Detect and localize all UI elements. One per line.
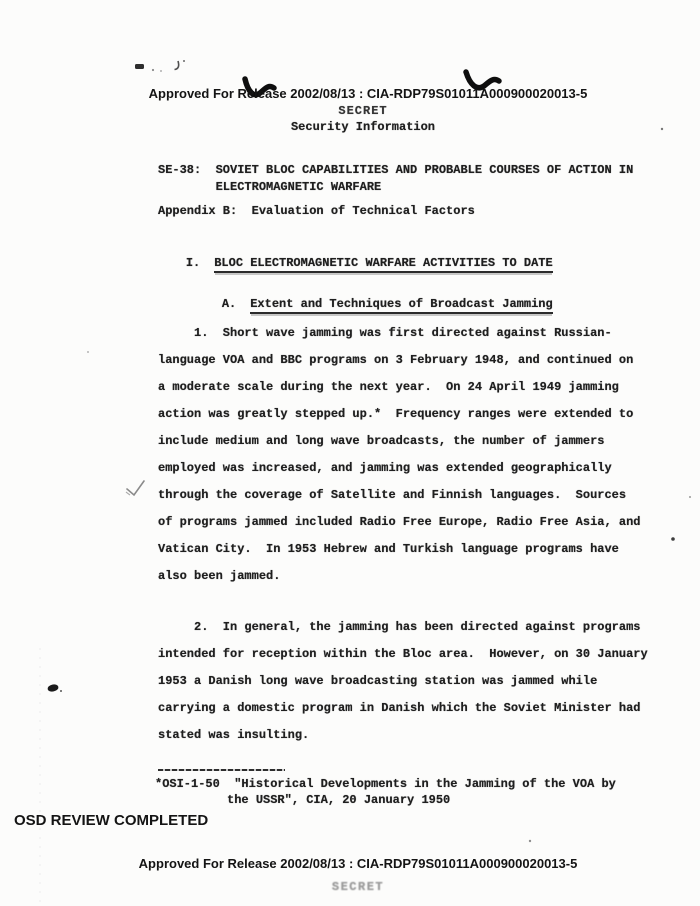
text-line: ELECTROMAGNETIC WARFARE bbox=[158, 179, 633, 196]
text-line: 1953 a Danish long wave broadcasting sta… bbox=[158, 668, 648, 695]
speck-icon bbox=[160, 70, 162, 72]
ink-blob-icon bbox=[47, 683, 59, 692]
speck-icon bbox=[689, 496, 691, 498]
classification-secret-bottom: SECRET bbox=[8, 880, 700, 894]
scanned-document-page: Approved For Release 2002/08/13 : CIA-RD… bbox=[0, 0, 700, 906]
paragraph-2: 2. In general, the jamming has been dire… bbox=[158, 614, 648, 749]
paragraph-1: 1. Short wave jamming was first directed… bbox=[158, 320, 640, 590]
speck-icon bbox=[152, 69, 154, 71]
text-line: SE-38: SOVIET BLOC CAPABILITIES AND PROB… bbox=[158, 162, 633, 179]
speck-icon bbox=[60, 690, 62, 692]
section-title: BLOC ELECTROMAGNETIC WARFARE ACTIVITIES … bbox=[214, 256, 552, 273]
text-line: employed was increased, and jamming was … bbox=[158, 455, 640, 482]
text-line: the USSR", CIA, 20 January 1950 bbox=[155, 792, 616, 808]
text-line: 1. Short wave jamming was first directed… bbox=[158, 320, 640, 347]
section-heading: I.BLOC ELECTROMAGNETIC WARFARE ACTIVITIE… bbox=[157, 242, 553, 284]
text-line: action was greatly stepped up.* Frequenc… bbox=[158, 401, 640, 428]
approved-release-stamp-bottom: Approved For Release 2002/08/13 : CIA-RD… bbox=[8, 856, 700, 871]
text-line: intended for reception within the Bloc a… bbox=[158, 641, 648, 668]
text-line: of programs jammed included Radio Free E… bbox=[158, 509, 640, 536]
text-line: through the coverage of Satellite and Fi… bbox=[158, 482, 640, 509]
text-line: stated was insulting. bbox=[158, 722, 648, 749]
text-line: a moderate scale during the next year. O… bbox=[158, 374, 640, 401]
section-number: I. bbox=[186, 256, 200, 270]
text-line: include medium and long wave broadcasts,… bbox=[158, 428, 640, 455]
pencil-stroke-icon bbox=[126, 492, 130, 495]
speck-icon bbox=[529, 840, 531, 842]
text-line: 2. In general, the jamming has been dire… bbox=[158, 614, 648, 641]
pen-squiggle-icon bbox=[175, 61, 179, 70]
appendix-line: Appendix B: Evaluation of Technical Fact… bbox=[158, 204, 475, 218]
text-line: *OSI-1-50 "Historical Developments in th… bbox=[155, 776, 616, 792]
classification-secret-top: SECRET bbox=[13, 104, 700, 118]
speck-icon bbox=[671, 537, 675, 541]
subsection-number: A. bbox=[222, 297, 236, 311]
text-line: carrying a domestic program in Danish wh… bbox=[158, 695, 648, 722]
pencil-checkmark-icon bbox=[127, 481, 144, 495]
approved-release-stamp-top: Approved For Release 2002/08/13 : CIA-RD… bbox=[18, 86, 700, 101]
ink-smudge-top-left bbox=[135, 64, 144, 69]
subsection-title: Extent and Techniques of Broadcast Jammi… bbox=[250, 297, 552, 314]
speck-icon bbox=[183, 60, 185, 62]
security-information-line: Security Information bbox=[13, 120, 700, 134]
footnote: *OSI-1-50 "Historical Developments in th… bbox=[155, 776, 616, 808]
speck-icon bbox=[87, 351, 89, 353]
text-line: Vatican City. In 1953 Hebrew and Turkish… bbox=[158, 536, 640, 563]
text-line: language VOA and BBC programs on 3 Febru… bbox=[158, 347, 640, 374]
osd-review-stamp: OSD REVIEW COMPLETED bbox=[14, 812, 208, 829]
text-line: also been jammed. bbox=[158, 563, 640, 590]
subsection-heading: A.Extent and Techniques of Broadcast Jam… bbox=[193, 283, 553, 325]
document-title: SE-38: SOVIET BLOC CAPABILITIES AND PROB… bbox=[158, 162, 633, 196]
footnote-rule bbox=[158, 769, 285, 771]
